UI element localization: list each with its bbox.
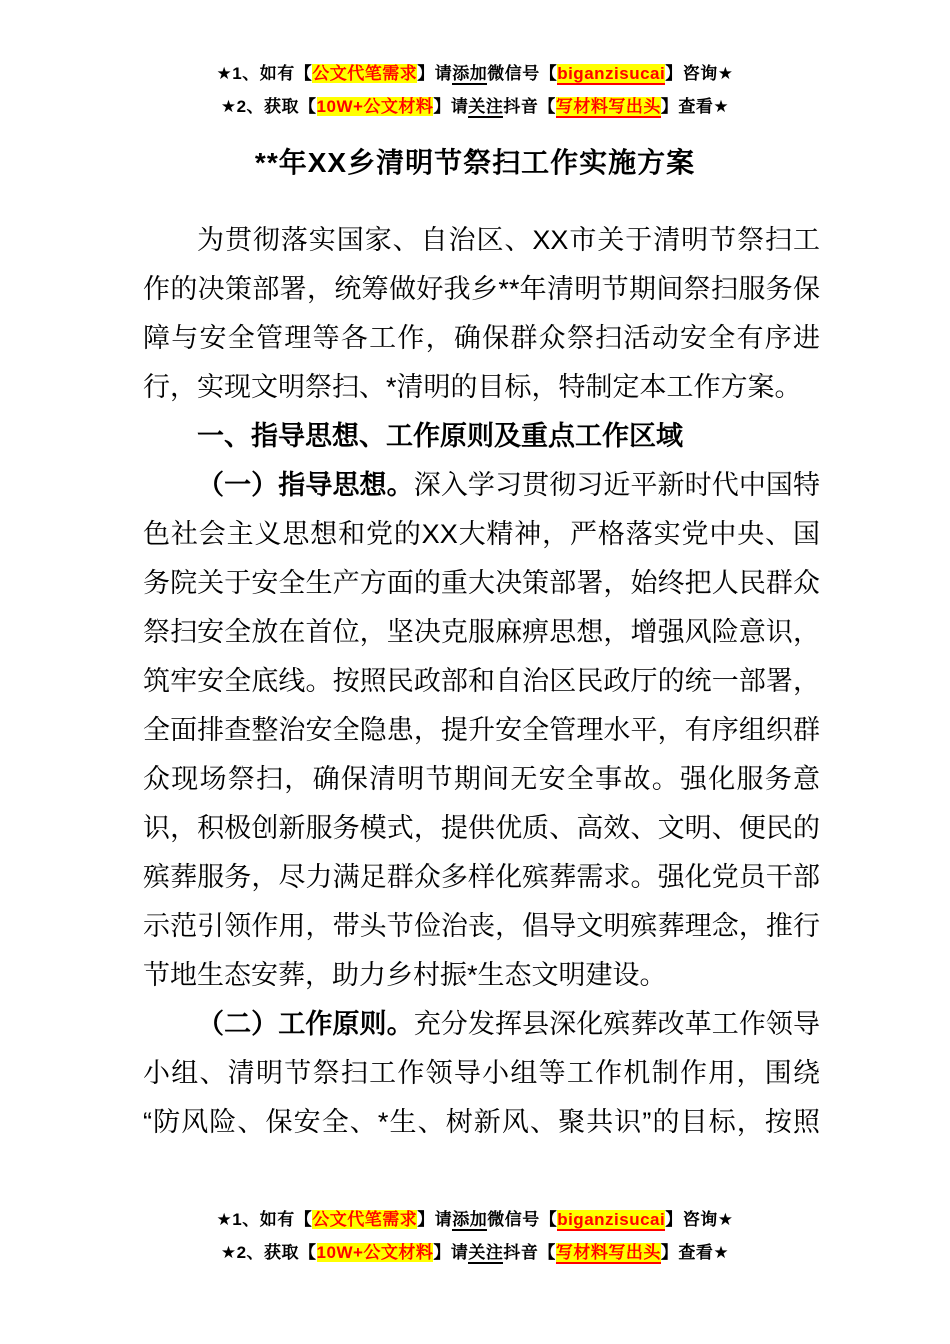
promo-hl-u-text: biganzisucai [557,1210,665,1231]
promo-text: 抖音【 [503,97,556,116]
promo-hl-u-text: 写材料写出头 [556,97,661,118]
promo-hl-text: 公文代笔需求 [312,64,417,83]
promo-notice-line: ★2、获取【10W+公文材料】请关注抖音【写材料写出头】查看★ [0,90,950,123]
body-paragraph: （二）工作原则。充分发挥县深化殡葬改革工作领导小组、清明节祭扫工作领导小组等工作… [143,1000,820,1147]
body-paragraph: 为贯彻落实国家、自治区、XX市关于清明节祭扫工作的决策部署，统筹做好我乡**年清… [143,216,820,412]
promo-text: 】咨询★ [665,64,733,83]
promo-text: 】咨询★ [665,1210,733,1229]
section-heading: 一、指导思想、工作原则及重点工作区域 [143,412,820,461]
header-promo-notice: ★1、如有【公文代笔需求】请添加微信号【biganzisucai】咨询★★2、获… [0,57,950,123]
promo-text: 】请 [417,1210,452,1229]
promo-notice-line: ★2、获取【10W+公文材料】请关注抖音【写材料写出头】查看★ [0,1236,950,1269]
bold-run: 一、指导思想、工作原则及重点工作区域 [197,421,683,451]
document-page: ★1、如有【公文代笔需求】请添加微信号【biganzisucai】咨询★★2、获… [0,0,950,1344]
promo-text: 】请 [433,97,468,116]
promo-hl-text: 10W+公文材料 [317,1243,434,1262]
promo-u-text: 关注 [468,97,503,118]
footer-promo-notice: ★1、如有【公文代笔需求】请添加微信号【biganzisucai】咨询★★2、获… [0,1203,950,1269]
promo-hl-u-text: 写材料写出头 [556,1243,661,1264]
document-title: **年XX乡清明节祭扫工作实施方案 [0,140,950,186]
promo-hl-text: 10W+公文材料 [317,97,434,116]
promo-text: 微信号【 [487,64,557,83]
promo-notice-line: ★1、如有【公文代笔需求】请添加微信号【biganzisucai】咨询★ [0,1203,950,1236]
bold-run: （一）指导思想。 [197,470,414,500]
bold-run: （二）工作原则。 [197,1009,414,1039]
promo-text: 】请 [433,1243,468,1262]
promo-text: ★1、如有【 [217,1210,313,1229]
promo-text: ★2、获取【 [221,97,317,116]
document-body: 为贯彻落实国家、自治区、XX市关于清明节祭扫工作的决策部署，统筹做好我乡**年清… [143,216,820,1147]
text-run: 深入学习贯彻习近平新时代中国特色社会主义思想和党的XX大精神，严格落实党中央、国… [143,470,820,990]
promo-text: ★1、如有【 [217,64,313,83]
promo-u-text: 添加 [452,1210,487,1231]
text-run: 为贯彻落实国家、自治区、XX市关于清明节祭扫工作的决策部署，统筹做好我乡**年清… [143,225,820,402]
promo-text: 抖音【 [503,1243,556,1262]
promo-hl-u-text: biganzisucai [557,64,665,85]
promo-text: 】请 [417,64,452,83]
promo-text: 】查看★ [661,97,729,116]
promo-text: 】查看★ [661,1243,729,1262]
promo-hl-text: 公文代笔需求 [312,1210,417,1229]
promo-text: ★2、获取【 [221,1243,317,1262]
promo-notice-line: ★1、如有【公文代笔需求】请添加微信号【biganzisucai】咨询★ [0,57,950,90]
promo-text: 微信号【 [487,1210,557,1229]
body-paragraph: （一）指导思想。深入学习贯彻习近平新时代中国特色社会主义思想和党的XX大精神，严… [143,461,820,1000]
promo-u-text: 关注 [468,1243,503,1264]
promo-u-text: 添加 [452,64,487,85]
